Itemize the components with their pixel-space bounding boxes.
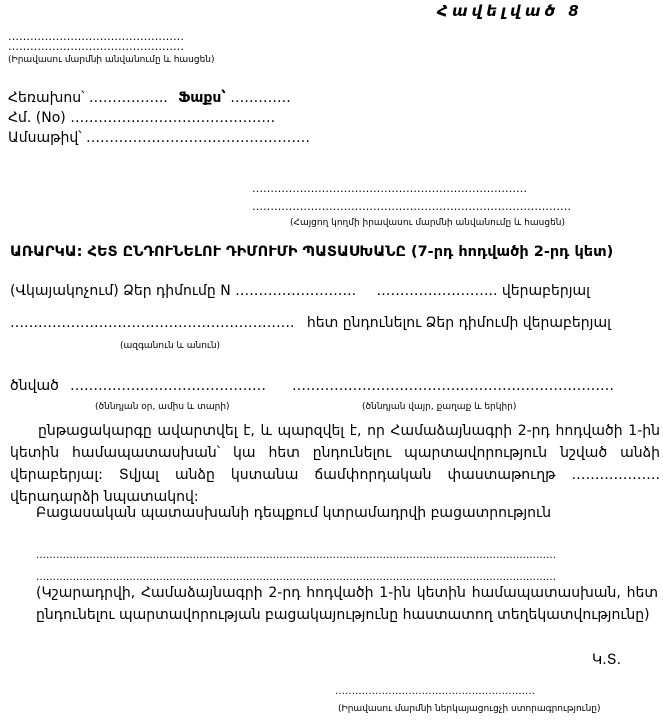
appendix-title: Հավելված 8 [437, 2, 583, 20]
phone-row: Հեռախոս՝ …………….. Ֆաքս՝ …………. [8, 90, 291, 106]
negative-answer-label: Բացասական պատասխանի դեպքում կտրամադրվի բ… [36, 505, 551, 521]
number-field: …………….………………………. [70, 110, 275, 126]
signature-caption: (Իրավասու մարմնի ներկայացուցչի ստորագրու… [338, 704, 601, 714]
reference-line: (Վկայակոչում) Ձեր դիմումը N …………………….. …… [10, 283, 590, 299]
fax-label: Ֆաքս՝ [178, 90, 226, 106]
reference-suffix: վերաբերյալ [502, 283, 590, 299]
number-row: Հմ. (No) …………….………………………. [8, 110, 275, 126]
explanation-note: (Կշարադրվի, Համաձայնագրի 2-րդ հոդվածի 1-… [36, 582, 658, 626]
fax-field: …………. [230, 90, 290, 106]
birth-place-caption: (ծննդյան վայր, քաղաք և երկիր) [362, 402, 516, 412]
subject-name-field: ……………………………………………………. [10, 315, 294, 331]
birth-date-field: …………………………………… [70, 378, 266, 394]
requesting-party-line-2: …………………………………………………………………………… [252, 200, 571, 213]
date-field: ………………………………………… [86, 130, 310, 146]
subject-heading: ԱՌԱՐԿԱ: ՀԵՏ ԸՆԴՈՒՆԵԼՈՒ ԴԻՄՈՒՄԻ ՊԱՏԱՍԽԱՆԸ… [10, 244, 613, 260]
explanation-line-1: …………………………………………………………………………………………………………… [36, 550, 556, 561]
subject-suffix: հետ ընդունելու Ձեր դիմումի վերաբերյալ [307, 315, 611, 331]
phone-label: Հեռախոս՝ [8, 90, 84, 106]
subject-line: ……………………………………………………. հետ ընդունելու Ձեր… [10, 315, 611, 331]
reference-number-field: …………………….. [235, 283, 356, 299]
phone-field: …………….. [89, 90, 168, 106]
date-label: Ամսաթիվ՝ [8, 130, 82, 146]
reference-prefix: (Վկայակոչում) Ձեր դիմումը N [10, 283, 231, 299]
subject-caption: (ազգանուն և անուն) [120, 341, 220, 351]
date-row: Ամսաթիվ՝ ………………………………………… [8, 130, 310, 146]
requesting-party-line-1: ………………………………………………………………… [252, 182, 527, 195]
seal-mark: Կ.Տ. [592, 652, 621, 668]
body-paragraph: ընթացակարգը ավարտվել է, և պարզվել է, որ … [10, 420, 660, 508]
authority-line-2: ………………………………………… [8, 40, 184, 53]
requesting-party-caption: (Հայցող կողմի իրավասու մարմնի անվանումը … [290, 218, 565, 228]
birth-label: ծնված [10, 378, 59, 394]
signature-field: …………………………………………………… [335, 686, 535, 697]
birth-date-caption: (ծննդյան օր, ամիս և տարի) [95, 402, 230, 412]
authority-caption: (Իրավասու մարմնի անվանումը և հասցեն) [8, 55, 215, 65]
reference-date-field: …………………….. [377, 283, 498, 299]
birth-place-field: …………………………………………………………… [292, 378, 614, 394]
number-label: Հմ. (No) [8, 110, 66, 126]
